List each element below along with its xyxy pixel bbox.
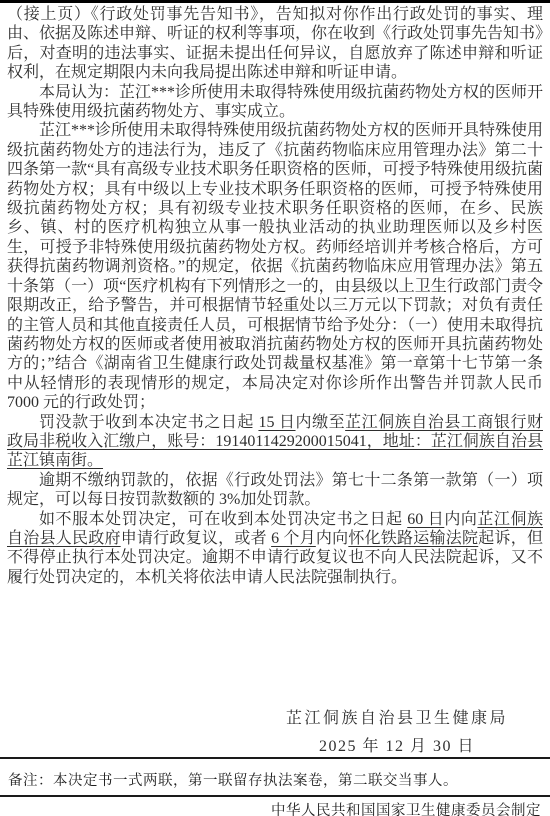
text-run: 内缴至 [296,414,346,431]
body-paragraph: 逾期不缴纳罚款的，依据《行政处罚法》第七十二条第一款第（一）项规定，可以每日按罚… [7,471,543,510]
signature-block: 芷江侗族自治县卫生健康局 2025 年 12 月 30 日 [286,709,508,756]
text-run: 内向 [316,530,348,547]
text-run: 内向 [444,511,477,528]
issue-date: 2025 年 12 月 30 日 [286,737,508,756]
underlined-text: 60 日 [407,511,444,528]
text-run: 申请行政复议，或者 [121,530,271,547]
text-run: 逾期不缴纳罚款的，依据《行政处罚法》第七十二条第一款第（一）项规定，可以每日按罚… [7,472,543,508]
remarks-divider-bottom [0,795,550,797]
remarks-line: 备注：本决定书一式两联，第一联留存执法案卷，第二联交当事人。 [8,769,542,790]
footer-issuer-line: 中华人民共和国国家卫生健康委员会制定 [271,799,541,816]
penalty-decision-page: （接上页）《行政处罚事先告知书》，告知拟对你作出行政处罚的事实、理由、依据及陈述… [0,0,550,816]
remarks-divider-top [0,757,550,759]
text-run: 如不服本处罚决定，可在收到本处罚决定书之日起 [39,511,407,528]
body-paragraph: （接上页）《行政处罚事先告知书》，告知拟对你作出行政处罚的事实、理由、依据及陈述… [7,5,543,83]
body-paragraph: 如不服本处罚决定，可在收到本处罚决定书之日起 60 日内向芷江侗族自治县人民政府… [7,510,543,588]
text-run: （接上页）《行政处罚事先告知书》，告知拟对你作出行政处罚的事实、理由、依据及陈述… [7,6,543,81]
issuing-agency: 芷江侗族自治县卫生健康局 [286,709,508,728]
text-run: 本局认为：芷江***诊所使用未取得特殊使用级抗菌药物处方权的医师开具特殊使用级抗… [7,84,543,120]
top-border-line [0,0,550,3]
body-paragraph: 芷江***诊所使用未取得特殊使用级抗菌药物处方权的医师开具特殊使用级抗菌药物处方… [7,121,543,412]
body-paragraph: 本局认为：芷江***诊所使用未取得特殊使用级抗菌药物处方权的医师开具特殊使用级抗… [7,83,543,122]
body-paragraph: 罚没款于收到本决定书之日起 15 日内缴至芷江侗族自治县工商银行财政局非税收入汇… [7,413,543,471]
underlined-text: 15 日 [258,414,295,431]
underlined-text: 怀化铁路运输法院 [348,530,478,547]
document-body: （接上页）《行政处罚事先告知书》，告知拟对你作出行政处罚的事实、理由、依据及陈述… [7,5,543,587]
underlined-text: 6 个月 [271,530,316,547]
text-run: 罚没款于收到本决定书之日起 [39,414,258,431]
text-run: 芷江***诊所使用未取得特殊使用级抗菌药物处方权的医师开具特殊使用级抗菌药物处方… [7,122,543,411]
